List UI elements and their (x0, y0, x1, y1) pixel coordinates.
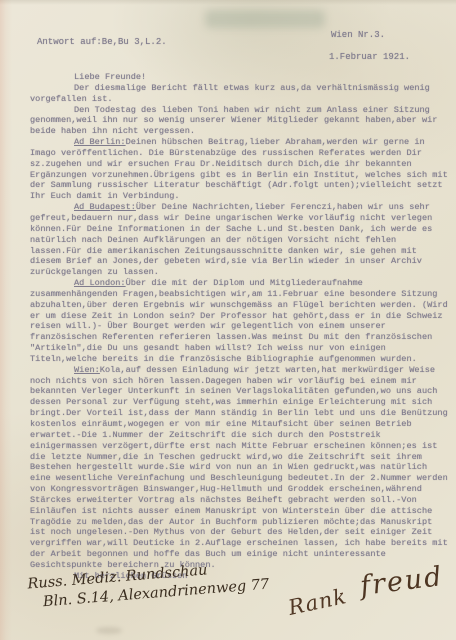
salutation: Liebe Freunde! (30, 72, 448, 83)
paragraph-text: Der diesmalige Bericht fällt etwas kurz … (30, 83, 430, 104)
faint-stamp (205, 10, 325, 28)
letter-page: Antwort auf:Be,Bu 3,L.2. Wien Nr.3. 1.Fe… (0, 0, 456, 640)
section-label-london: Ad London: (74, 278, 126, 288)
paragraph-text: Über Deine Nachrichten,lieber Ferenczi,h… (30, 202, 432, 277)
paragraph-toni: Den Todestag des lieben Toni haben wir n… (30, 105, 448, 138)
paragraph-text: Kola,auf dessen Einladung wir jetzt wart… (30, 365, 448, 570)
paragraph-ad-berlin: Ad Berlin:Deinen hübschen Beitrag,lieber… (30, 137, 448, 202)
place-line: Wien Nr.3. (331, 30, 385, 40)
paragraph-text: Über die mit der Diplom und Mitgliederau… (30, 278, 448, 364)
signature-rank: Rank (286, 584, 349, 620)
paragraph-intro: Der diesmalige Bericht fällt etwas kurz … (30, 83, 448, 105)
reply-reference: Antwort auf:Be,Bu 3,L.2. (37, 37, 167, 47)
paragraph-wien: Wien:Kola,auf dessen Einladung wir jetzt… (30, 365, 448, 571)
paragraph-text: Den Todestag des lieben Toni haben wir n… (30, 105, 437, 137)
section-label-budapest: Ad Budapest: (74, 202, 136, 212)
letter-body: Liebe Freunde! Der diesmalige Bericht fä… (30, 72, 448, 582)
paragraph-ad-budapest: Ad Budapest:Über Deine Nachrichten,liebe… (30, 202, 448, 278)
section-label-wien: Wien: (74, 365, 100, 375)
paper-smudge (96, 627, 122, 634)
paragraph-ad-london: Ad London:Über die mit der Diplom und Mi… (30, 278, 448, 365)
date-line: 1.Februar 1921. (329, 52, 410, 62)
section-label-berlin: Ad Berlin: (74, 137, 126, 147)
